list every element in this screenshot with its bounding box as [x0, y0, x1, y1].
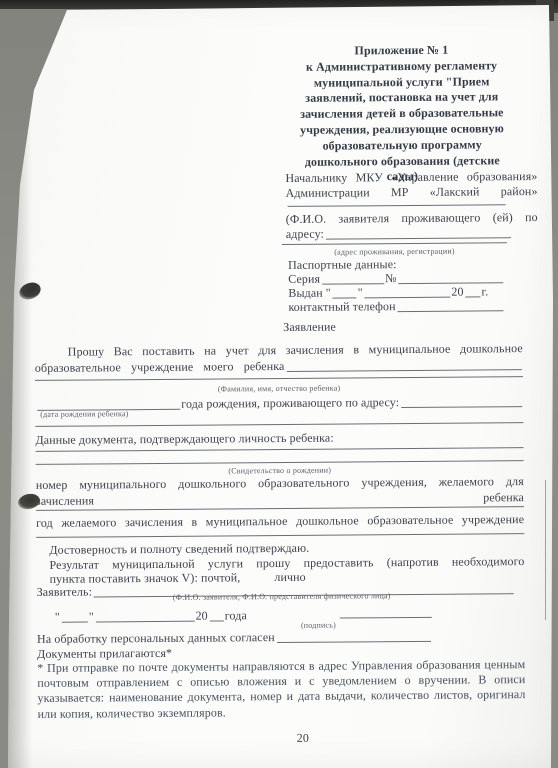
- appendix-header-line: учреждения, реализующие основную: [294, 121, 510, 138]
- page-number: 20: [73, 729, 533, 747]
- blank-line: [277, 629, 431, 643]
- applicant-fio-hint: (Ф.И.О. заявителя проживающего (ей) по: [286, 210, 538, 226]
- appendix-header-line: зачисления детей в образовательные: [294, 105, 510, 122]
- blank-line: [322, 271, 384, 284]
- year-prefix: 20: [451, 285, 463, 299]
- appendix-header: Приложение № 1 к Административному регла…: [293, 42, 510, 186]
- signature-hint: (подпись): [301, 621, 336, 630]
- year-line: год желаемого зачисления в муниципальное…: [36, 512, 524, 530]
- address-hint: (адрес проживания, регистрации): [282, 246, 507, 257]
- blank-line: [282, 242, 507, 245]
- dou-line1: номер муниципального дошкольного образов…: [36, 474, 524, 492]
- quote-mark: ": [358, 285, 363, 299]
- phone-row: контактный телефон: [288, 298, 504, 314]
- blank-line: [35, 376, 523, 381]
- addressee-line2: Администрации МР «Лакский район»: [285, 184, 537, 200]
- blank-line: [62, 610, 88, 623]
- blank-line: [96, 609, 195, 623]
- consent-line: На обработку персональных данных согласе…: [37, 630, 275, 646]
- issued-label: Выдан: [288, 286, 323, 300]
- blank-line: [333, 285, 357, 298]
- appendix-header-line: образовательную программу: [294, 137, 510, 154]
- doc-line: Данные документа, подтверждающего личнос…: [35, 431, 333, 447]
- child-name-hint: (Фамилия, имя, отчество ребенка): [35, 382, 523, 395]
- blank-line: [399, 270, 504, 284]
- quote-mark: ": [326, 286, 331, 300]
- appendix-header-line: к Административному регламенту: [293, 58, 509, 75]
- address-row: адресу:: [286, 225, 512, 241]
- request-line1: Прошу Вас поставить на учет для зачислен…: [35, 341, 523, 359]
- blank-line: [401, 394, 522, 408]
- series-label: Серия: [288, 272, 320, 286]
- quote-mark: ": [89, 609, 94, 623]
- date-year: 20: [195, 609, 207, 623]
- blank-line: [288, 204, 506, 207]
- date-suffix: года: [225, 608, 247, 622]
- addressee-line1: Начальнику МКУ «Управление образования»: [285, 169, 537, 185]
- dou-line2-right: ребенка: [483, 490, 524, 504]
- quote-mark: ": [55, 610, 60, 624]
- passport-title: Паспортные данные:: [288, 257, 397, 272]
- footnote: * При отправке по почте документы направ…: [37, 657, 525, 722]
- blank-line: [36, 447, 524, 452]
- blank-line: [326, 225, 511, 239]
- signature-line: [340, 617, 432, 619]
- date-row: " " 20 года: [55, 608, 247, 624]
- birth-line: года рождения, проживающего по адресу:: [181, 395, 399, 411]
- request-line2-row: образовательное учреждение моего ребенка: [35, 357, 523, 375]
- phone-label: контактный телефон: [288, 299, 395, 314]
- number-label: №: [385, 271, 397, 285]
- appendix-header-line: Приложение № 1: [293, 42, 509, 59]
- request-line2: образовательное учреждение моего ребенка: [35, 359, 285, 375]
- consent-row: На обработку персональных данных согласе…: [37, 629, 432, 646]
- blank-line: [210, 608, 224, 621]
- blank-line: [35, 422, 523, 427]
- document-content: Приложение № 1 к Административному регла…: [0, 0, 558, 768]
- blank-line: [365, 285, 451, 299]
- blank-line: [36, 533, 524, 538]
- dou-line2-row: зачисления ребенка: [36, 490, 524, 508]
- blank-line: [286, 357, 522, 372]
- address-label: адресу:: [286, 227, 324, 241]
- dou-line2-left: зачисления: [36, 493, 94, 507]
- blank-line: [465, 284, 480, 297]
- application-title: Заявление: [240, 319, 380, 334]
- appendix-header-line: заявлений, постановка на учет для: [294, 90, 510, 107]
- year-suffix: г.: [481, 284, 488, 298]
- docs-line: Документы прилагаются*: [37, 646, 172, 661]
- birth-hint: (дата рождения ребенка): [40, 409, 128, 419]
- blank-line: [398, 298, 504, 312]
- appendix-header-line: муниципальной услуги "Прием: [294, 74, 510, 91]
